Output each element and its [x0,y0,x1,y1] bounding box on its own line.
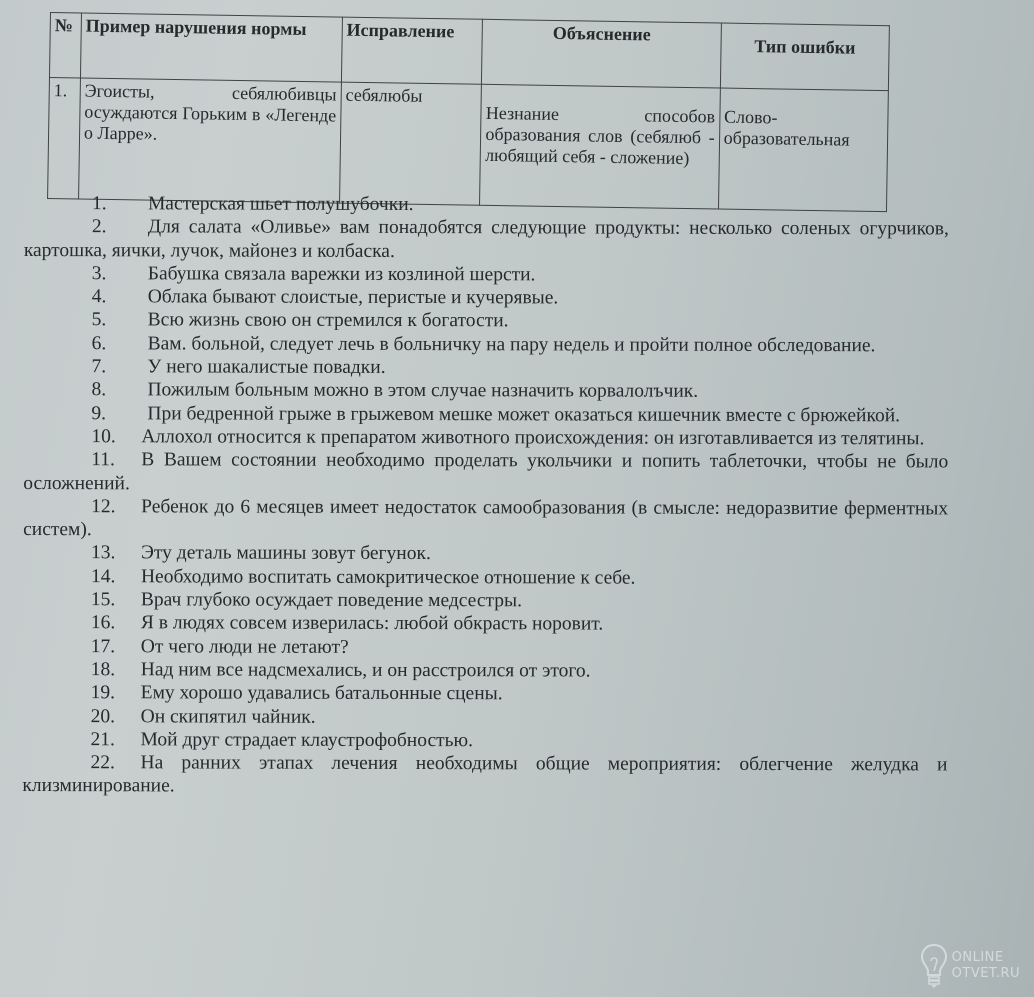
header-number: № [49,13,81,78]
header-example: Пример нарушения нормы [80,13,342,82]
list-item-text: В Вашем состоянии необходимо проделать у… [23,450,948,494]
list-item: 3.Бабушка связала варежки из козлиной ше… [24,262,949,288]
watermark-text: ONLINE OTVET.RU [952,950,1020,982]
list-item-number: 1. [92,192,148,215]
list-item: 1.Мастерская шьет полушубочки. [24,192,949,218]
list-item: 14.Необходимо воспитать самокритическое … [23,565,948,591]
list-item: 2.Для салата «Оливье» вам понадобятся сл… [24,215,949,264]
list-item: 12.Ребенок до 6 месяцев имеет недостаток… [23,495,948,544]
list-item: 13.Эту деталь машины зовут бегунок. [23,541,948,567]
list-item: 10.Аллохол относится к препаратом животн… [23,425,948,451]
list-item-text: Бабушка связала варежки из козлиной шерс… [148,263,536,285]
numbered-sentence-list: 1.Мастерская шьет полушубочки.2.Для сала… [22,192,949,800]
list-item-number: 16. [91,612,141,635]
list-item-number: 5. [92,309,148,332]
list-item-number: 9. [91,402,147,425]
list-item-number: 19. [91,681,141,704]
list-item-text: Вам. больной, следует лечь в больничку н… [148,333,876,356]
list-item-text: На ранних этапах лечения необходимы общи… [22,752,947,796]
list-item-text: Над ним все надсмехались, и он расстроил… [141,659,591,681]
list-item-text: У него шакалистые повадки. [148,356,386,378]
cell-correction: себялюбы [339,82,481,205]
list-item-text: Аллохол относится к препаратом животного… [141,426,924,449]
list-item-text: От чего люди не летают? [141,636,349,658]
list-item-text: Ему хорошо удавались батальонные сцены. [141,683,503,705]
cell-number: 1. [48,77,81,198]
list-item: 21.Мой друг страдает клаустрофобностью. [23,728,948,754]
list-item-text: Мастерская шьет полушубочки. [148,193,414,215]
header-explanation: Объяснение [482,19,721,88]
list-item: 18.Над ним все надсмехались, и он расстр… [23,658,948,684]
list-item-number: 3. [92,262,148,285]
watermark-line1: ONLINE [952,950,1020,966]
list-item: 20.Он скипятил чайник. [23,705,948,731]
list-item-text: Он скипятил чайник. [141,706,316,727]
header-correction: Исправление [341,17,483,84]
cell-example: Эгоисты, себялюбивцы осуждаются Горьким … [78,78,341,203]
list-item-number: 6. [92,332,148,355]
list-item-number: 20. [91,705,141,728]
list-item-number: 22. [90,751,140,774]
list-item-text: Ребенок до 6 месяцев имеет недостаток са… [23,496,948,540]
list-item-number: 14. [91,565,141,588]
list-item-number: 8. [91,379,147,402]
error-example-table: № Пример нарушения нормы Исправление Объ… [47,12,890,212]
list-item-number: 12. [91,495,141,518]
list-item: 19.Ему хорошо удавались батальонные сцен… [23,681,948,707]
list-item: 5.Всю жизнь свою он стремился к богатост… [24,308,949,334]
list-item-text: Облака бывают слоистые, перистые и кучер… [148,287,559,309]
list-item: 11.В Вашем состоянии необходимо проделат… [23,448,948,497]
list-item: 17.От чего люди не летают? [23,635,948,661]
lightbulb-icon [920,943,948,989]
list-item-text: Для салата «Оливье» вам понадобятся след… [24,217,949,262]
list-item-text: При бедренной грыже в грыжевом мешке мож… [147,403,900,426]
list-item: 7.У него шакалистые повадки. [24,355,949,381]
list-item-number: 7. [92,355,148,378]
list-item-text: Мой друг страдает клаустрофобностью. [141,729,473,751]
header-error-type: Тип ошибки [720,23,889,91]
list-item-number: 2. [92,215,148,238]
list-item-text: Я в людях совсем изверилась: любой обкра… [141,613,603,635]
watermark: ONLINE OTVET.RU [920,943,1020,989]
list-item: 6.Вам. больной, следует лечь в больничку… [24,332,949,358]
document-page: № Пример нарушения нормы Исправление Объ… [0,0,1034,997]
list-item: 15.Врач глубоко осуждает поведение медсе… [23,588,948,614]
list-item: 22.На ранних этапах лечения необходимы о… [22,751,947,800]
list-item-text: Пожилым больным можно в этом случае назн… [147,380,698,402]
list-item-text: Необходимо воспитать самокритическое отн… [141,566,636,588]
list-item-number: 18. [91,658,141,681]
list-item: 4.Облака бывают слоистые, перистые и куч… [24,285,949,311]
list-item-text: Эту деталь машины зовут бегунок. [141,543,431,565]
list-item-text: Врач глубоко осуждает поведение медсестр… [141,589,522,611]
list-item-number: 17. [91,635,141,658]
cell-explanation: Незнание способов образования слов (себя… [480,84,720,209]
list-item-text: Всю жизнь свою он стремился к богатости. [148,310,509,332]
list-item-number: 11. [91,448,141,471]
list-item-number: 13. [91,542,141,565]
list-item-number: 10. [91,425,141,448]
list-item-number: 21. [91,728,141,751]
list-item: 8.Пожилым больным можно в этом случае на… [23,378,948,404]
list-item-number: 15. [91,588,141,611]
list-item: 9.При бедренной грыже в грыжевом мешке м… [23,402,948,428]
list-item-number: 4. [92,285,148,308]
watermark-line2: OTVET.RU [952,966,1020,982]
list-item: 16.Я в людях совсем изверилась: любой об… [23,611,948,637]
